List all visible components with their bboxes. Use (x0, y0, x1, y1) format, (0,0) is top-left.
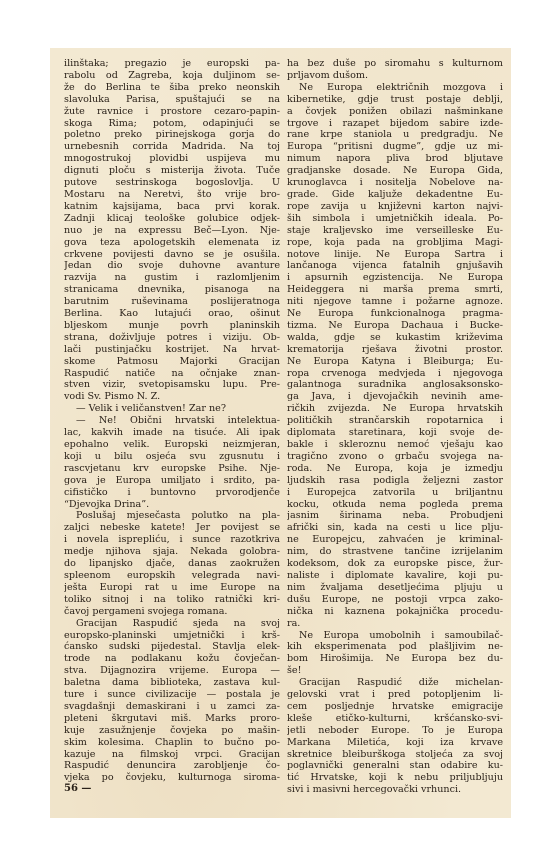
text-line: grade. Gide kaljuže dekadentne Eu- (287, 189, 503, 201)
text-line: bljeskom munje povrh planinskih (64, 320, 280, 332)
text-line: ših simbola i umjetničkih ideala. Po- (287, 213, 503, 225)
text-line: notove linije. Ne Europa Sartra i (287, 249, 503, 261)
text-line: Jedan dio svoje duhovne avanture (64, 260, 280, 272)
text-line: poletno preko pirinejskoga gorja do (64, 129, 280, 141)
text-line: skoga Rima; potom, odapinjući se (64, 118, 280, 130)
text-line: rane krpe staniola u predgradju. Ne (287, 129, 503, 141)
text-line: svagdašnji demaskirani i u zamci za- (64, 701, 280, 713)
text-line: urnebesnih corrida Madrida. Na toj (64, 141, 280, 153)
text-line: nička ni kaznena pokajnička procedu- (287, 606, 503, 618)
text-line: lači pustinjačku kostrijet. Na hrvat- (64, 344, 280, 356)
text-line: Ne Europa umobolnih i samoubilač- (287, 630, 503, 642)
text-line: že do Berlina te šiba preko neonskih (64, 82, 280, 94)
text-line: zaljci nebeske katete! Jer povijest se (64, 522, 280, 534)
text-line: naliste i diplomate kavalire, koji pu- (287, 570, 503, 582)
text-line: cifističko i buntovno prvorodjenče (64, 487, 280, 499)
text-line: žute ravnice i prostore cezaro-papin- (64, 106, 280, 118)
text-line: Zadnji klicaj teološke golubice odjek- (64, 213, 280, 225)
text-line: nim, do strastvene tančine izrijelanim (287, 546, 503, 558)
text-line: nuo je na expressu Beč—Lyon. Nje- (64, 225, 280, 237)
text-line: gradjanske dosade. Ne Europa Gida, (287, 165, 503, 177)
text-line: tić Hrvatske, koji k nebu priljubljuju (287, 772, 503, 784)
text-line: ga Java, i djevojačkih nevinih ame- (287, 391, 503, 403)
text-line: europsko-planinski umjetnički i krš- (64, 630, 280, 642)
text-line: cem posljednje hrvatske emigracije (287, 701, 503, 713)
text-line: i apsurnih egzistencija. Ne Europa (287, 272, 503, 284)
scanned-page: ilinštaka; pregazio je europski pa-rabol… (50, 48, 511, 818)
text-line: putove sestrinskoga bogoslovlja. U (64, 177, 280, 189)
text-line: Raspudić natiče na očnjake znan- (64, 368, 280, 380)
text-line: — Ne! Obični hrvatski intelektua- (64, 415, 280, 427)
text-line: kibernetike, gdje trust postaje deblji, (287, 94, 503, 106)
right-text-column: ha bez duše po siromahu s kulturnomprlja… (287, 58, 503, 796)
text-line: Gracijan Raspudić sjeda na svoj (64, 618, 280, 630)
text-line: afrički sin, kada na cesti u lice plju- (287, 522, 503, 534)
text-line: rabolu od Zagreba, koja duljinom se- (64, 70, 280, 82)
text-line: nimum napora pliva brod bljutave (287, 153, 503, 165)
text-line: še! (287, 665, 503, 677)
text-line: jasnim širinama neba. Probudjeni (287, 510, 503, 522)
text-line: kodeksom, dok za europske pisce, žur- (287, 558, 503, 570)
text-line: ture i sunce civilizacije — postala je (64, 689, 280, 701)
text-line: a čovjek ponižen obilazi našminkane (287, 106, 503, 118)
text-line: kazuje na filmskoj vrpci. Gracijan (64, 749, 280, 761)
text-line: — Velik i veličanstven! Zar ne? (64, 403, 280, 415)
text-line: Heideggera ni marša prema smrti, (287, 284, 503, 296)
text-line: dignuti ploču s misterija života. Tuče (64, 165, 280, 177)
text-line: nim žvaljama desetljećima pljuju u (287, 582, 503, 594)
text-line: gova je Europa umiljato i srdito, pa- (64, 475, 280, 487)
text-line: ješta Europi rat u ime Europe na (64, 582, 280, 594)
text-line: ropa crvenoga medvjeda i njegovoga (287, 368, 503, 380)
text-line: Mostaru na Neretvi, što vrije bro- (64, 189, 280, 201)
text-line: gelovski vrat i pred potopljenim li- (287, 689, 503, 701)
text-line: crkvene povijesti davno se je osušila. (64, 249, 280, 261)
left-text-column: ilinštaka; pregazio je europski pa-rabol… (64, 58, 280, 784)
text-line: lac, kakvih imade na tisuće. Ali ipak (64, 427, 280, 439)
text-line: poglavnički generalni stan odabire ku- (287, 760, 503, 772)
text-line: stva. Dijagnozira vrijeme. Europa — (64, 665, 280, 677)
text-line: Raspudić denuncira zarobljenje čo- (64, 760, 280, 772)
text-line: pleteni škrgutavi miš. Marks proro- (64, 713, 280, 725)
text-line: epohalno velik. Europski neizmjeran, (64, 439, 280, 451)
text-line: mnogostrukoj plovidbi uspijeva mu (64, 153, 280, 165)
text-line: lančanoga vijenca fatalnih gnjušavih (287, 260, 503, 272)
text-line: staje kraljevsko ime verseilleske Eu- (287, 225, 503, 237)
text-line: i novela isprepliću, i sunce razotkriva (64, 534, 280, 546)
text-line: ra. (287, 618, 503, 630)
text-line: galantnoga suradnika anglosaksonsko- (287, 379, 503, 391)
text-line: katnim kajsijama, baca prvi korak. (64, 201, 280, 213)
text-line: trgove i razapet bijedom sabire izde- (287, 118, 503, 130)
text-line: slavoluka Parisa, spuštajući se na (64, 94, 280, 106)
text-line: stven vizir, svetopisamsku lupu. Pre- (64, 379, 280, 391)
text-line: Poslušaj mjesečasta polutko na pla- (64, 510, 280, 522)
text-line: Ne Europa Katyna i Bleiburga; Eu- (287, 356, 503, 368)
text-line: rope, koja pada na grobljima Magi- (287, 237, 503, 249)
text-line: Markana Miletića, koji iza krvave (287, 737, 503, 749)
text-line: stranicama dnevnika, pisanoga na (64, 284, 280, 296)
text-line: Berlina. Kao lutajući orao, ošinut (64, 308, 280, 320)
text-line: bakle i skleroznu nemoć vješaju kao (287, 439, 503, 451)
text-line: walda, gdje se kukastim križevima (287, 332, 503, 344)
text-line: ričkih zvijezda. Ne Europa hrvatskih (287, 403, 503, 415)
text-line: gova teza apologetskih elemenata iz (64, 237, 280, 249)
text-line: ljudskih rasa podigla željezni zastor (287, 475, 503, 487)
text-line: ćansko sudski pijedestal. Stavlja elek- (64, 641, 280, 653)
text-line: medje njihova sjaja. Nekada golobra- (64, 546, 280, 558)
text-line: jetli neboder Europe. To je Europa (287, 725, 503, 737)
text-line: ilinštaka; pregazio je europski pa- (64, 58, 280, 70)
text-line: ne Europejcu, zahvaćen je kriminal- (287, 534, 503, 546)
text-line: skretnice bleiburškoga stoljeća za svoj (287, 749, 503, 761)
text-line: kleše etičko-kulturni, kršćansko-svi- (287, 713, 503, 725)
text-line: skome Patmosu Majorki Gracijan (64, 356, 280, 368)
text-line: vodi Sv. Pismo N. Z. (64, 391, 280, 403)
text-line: rope zavija u književni karton najvi- (287, 201, 503, 213)
text-line: diplomata staretinara, koji svoje de- (287, 427, 503, 439)
text-line: Gracijan Raspudić diže michelan- (287, 677, 503, 689)
text-line: sivi i masivni hercegovački vrhunci. (287, 784, 503, 796)
text-line: kocku, otkuda nema pogleda prema (287, 499, 503, 511)
text-line: razvija na gustim i razlomljenim (64, 272, 280, 284)
text-line: do lipanjsko djače, danas zaokružen (64, 558, 280, 570)
text-line: strana, doživljuje potres i viziju. Ob- (64, 332, 280, 344)
text-line: političkih strančarskih ropotarnica i (287, 415, 503, 427)
text-line: dušu Europe, ne postoji vrpca zako- (287, 594, 503, 606)
text-line: Ne Europa funkcionalnoga pragma- (287, 308, 503, 320)
text-line: koji u bilu osjeća svu zgusnutu i (64, 451, 280, 463)
text-line: niti njegove tamne i požarne agnoze. (287, 296, 503, 308)
text-line: barutnim ruševinama poslijeratnoga (64, 296, 280, 308)
text-line: vjeka po čovjeku, kulturnoga siroma- (64, 772, 280, 784)
text-line: spleenom europskih velegrada navi- (64, 570, 280, 582)
text-line: ha bez duše po siromahu s kulturnom (287, 58, 503, 70)
text-line: prljavom dušom. (287, 70, 503, 82)
text-line: krunoglavca i nositelja Nobelove na- (287, 177, 503, 189)
text-line: Ne Europa električnih mozgova i (287, 82, 503, 94)
text-line: kuje zasužnjenje čovjeka po mašin- (64, 725, 280, 737)
text-line: toliko sitnoj i na toliko ratnički kri- (64, 594, 280, 606)
text-line: kih eksperimenata pod plašljivim ne- (287, 641, 503, 653)
text-line: baletna dama biblioteka, zastava kul- (64, 677, 280, 689)
text-line: Europa “pritisni dugme”, gdje uz mi- (287, 141, 503, 153)
text-line: bom Hirošimija. Ne Europa bez du- (287, 653, 503, 665)
text-line: roda. Ne Europa, koja je izmedju (287, 463, 503, 475)
page-number: 56 — (64, 783, 91, 794)
text-line: krematorija rješava životni prostor. (287, 344, 503, 356)
text-line: tizma. Ne Europa Dachaua i Bucke- (287, 320, 503, 332)
text-line: čavoj pergameni svojega romana. (64, 606, 280, 618)
text-line: “Djevojka Drina”. (64, 499, 280, 511)
text-line: tragično zvono o grbaču svojega na- (287, 451, 503, 463)
text-line: i Europejca zatvorila u briljantnu (287, 487, 503, 499)
text-line: skim kolesima. Chaplin to bučno po- (64, 737, 280, 749)
text-line: rascvjetanu krv europske Psihe. Nje- (64, 463, 280, 475)
text-line: trode na podlakanu kožu čovječan- (64, 653, 280, 665)
